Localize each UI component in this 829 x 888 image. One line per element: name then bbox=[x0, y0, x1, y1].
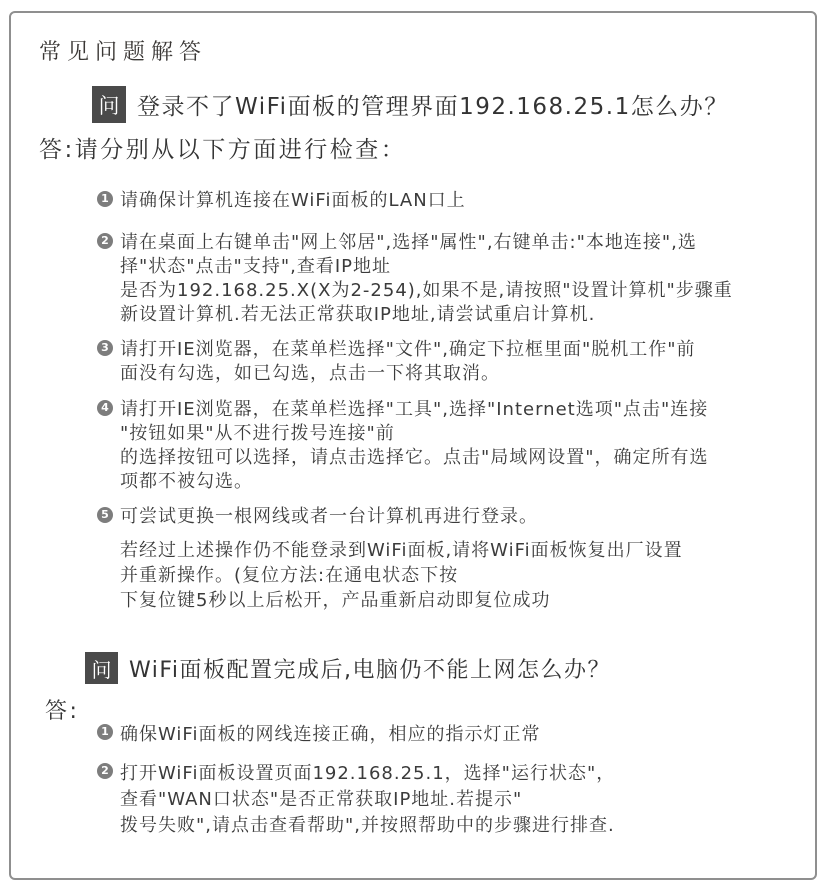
list-item-text: 打开WiFi面板设置页面192.168.25.1，选择"运行状态"，查看"WAN… bbox=[120, 761, 615, 839]
text-line: 请在桌面上右键单击"网上邻居",选择"属性",右键单击:"本地连接",选 bbox=[120, 231, 733, 255]
question-1-text: 登录不了WiFi面板的管理界面192.168.25.1怎么办？ bbox=[137, 88, 729, 121]
numbered-bullet: 5 bbox=[97, 507, 113, 523]
text-line: 面没有勾选，如已勾选，点击一下将其取消。 bbox=[120, 362, 696, 386]
text-line: 的选择按钮可以选择，请点击选择它。点击"局域网设置"，确定所有选 bbox=[120, 446, 709, 470]
list-item-text: 请在桌面上右键单击"网上邻居",选择"属性",右键单击:"本地连接",选择"状态… bbox=[120, 231, 733, 327]
list-item-text: 请确保计算机连接在WiFi面板的LAN口上 bbox=[120, 189, 466, 213]
text-line: 择"状态"点击"支持",查看IP地址 bbox=[120, 255, 733, 279]
numbered-bullet: 2 bbox=[97, 233, 113, 249]
text-line: 请打开IE浏览器，在菜单栏选择"工具",选择"Internet选项"点击"连接 bbox=[120, 398, 709, 422]
text-line: 是否为192.168.25.X(X为2-254),如果不是,请按照"设置计算机"… bbox=[120, 279, 733, 303]
list-item-text: 请打开IE浏览器，在菜单栏选择"文件",确定下拉框里面"脱机工作"前面没有勾选，… bbox=[120, 338, 696, 386]
text-line: 打开WiFi面板设置页面192.168.25.1，选择"运行状态"， bbox=[120, 761, 615, 787]
text-line: 确保WiFi面板的网线连接正确，相应的指示灯正常 bbox=[120, 722, 540, 748]
text-line: 可尝试更换一根网线或者一台计算机再进行登录。 bbox=[120, 505, 538, 529]
numbered-bullet: 4 bbox=[97, 400, 113, 416]
list-item-text: 请打开IE浏览器，在菜单栏选择"工具",选择"Internet选项"点击"连接"… bbox=[120, 398, 709, 494]
text-line: 查看"WAN口状态"是否正常获取IP地址.若提示" bbox=[120, 787, 615, 813]
question-1-row: 问 登录不了WiFi面板的管理界面192.168.25.1怎么办？ bbox=[92, 86, 729, 123]
text-line: 项都不被勾选。 bbox=[120, 470, 709, 494]
text-line: "按钮如果"从不进行拨号连接"前 bbox=[120, 422, 709, 446]
list-item-text: 可尝试更换一根网线或者一台计算机再进行登录。 bbox=[120, 505, 538, 529]
page-title: 常见问题解答 bbox=[39, 40, 207, 66]
text-line: 请打开IE浏览器，在菜单栏选择"文件",确定下拉框里面"脱机工作"前 bbox=[120, 338, 696, 362]
numbered-bullet: 2 bbox=[97, 763, 113, 779]
question-1-badge: 问 bbox=[92, 86, 126, 123]
note-line: 并重新操作。(复位方法:在通电状态下按 bbox=[120, 563, 683, 588]
answer-2-lead: 答: bbox=[45, 694, 79, 725]
note-line: 若经过上述操作仍不能登录到WiFi面板,请将WiFi面板恢复出厂设置 bbox=[120, 538, 683, 563]
text-line: 请确保计算机连接在WiFi面板的LAN口上 bbox=[120, 189, 466, 213]
question-2-badge: 问 bbox=[85, 652, 118, 684]
numbered-bullet: 1 bbox=[97, 191, 113, 207]
faq-page: 常见问题解答 问 登录不了WiFi面板的管理界面192.168.25.1怎么办？… bbox=[0, 0, 829, 888]
list-item-text: 确保WiFi面板的网线连接正确，相应的指示灯正常 bbox=[120, 722, 540, 748]
answer-1-note: 若经过上述操作仍不能登录到WiFi面板,请将WiFi面板恢复出厂设置并重新操作。… bbox=[120, 538, 683, 613]
text-line: 新设置计算机.若无法正常获取IP地址,请尝试重启计算机. bbox=[120, 303, 733, 327]
answer-1-lead: 答:请分别从以下方面进行检查： bbox=[39, 131, 406, 164]
text-line: 拨号失败",请点击查看帮助",并按照帮助中的步骤进行排查. bbox=[120, 813, 615, 839]
numbered-bullet: 1 bbox=[97, 724, 113, 740]
note-line: 下复位键5秒以上后松开，产品重新启动即复位成功 bbox=[120, 588, 683, 613]
question-2-row: 问 WiFi面板配置完成后,电脑仍不能上网怎么办？ bbox=[85, 652, 611, 684]
numbered-bullet: 3 bbox=[97, 340, 113, 356]
question-2-text: WiFi面板配置完成后,电脑仍不能上网怎么办？ bbox=[129, 653, 611, 684]
